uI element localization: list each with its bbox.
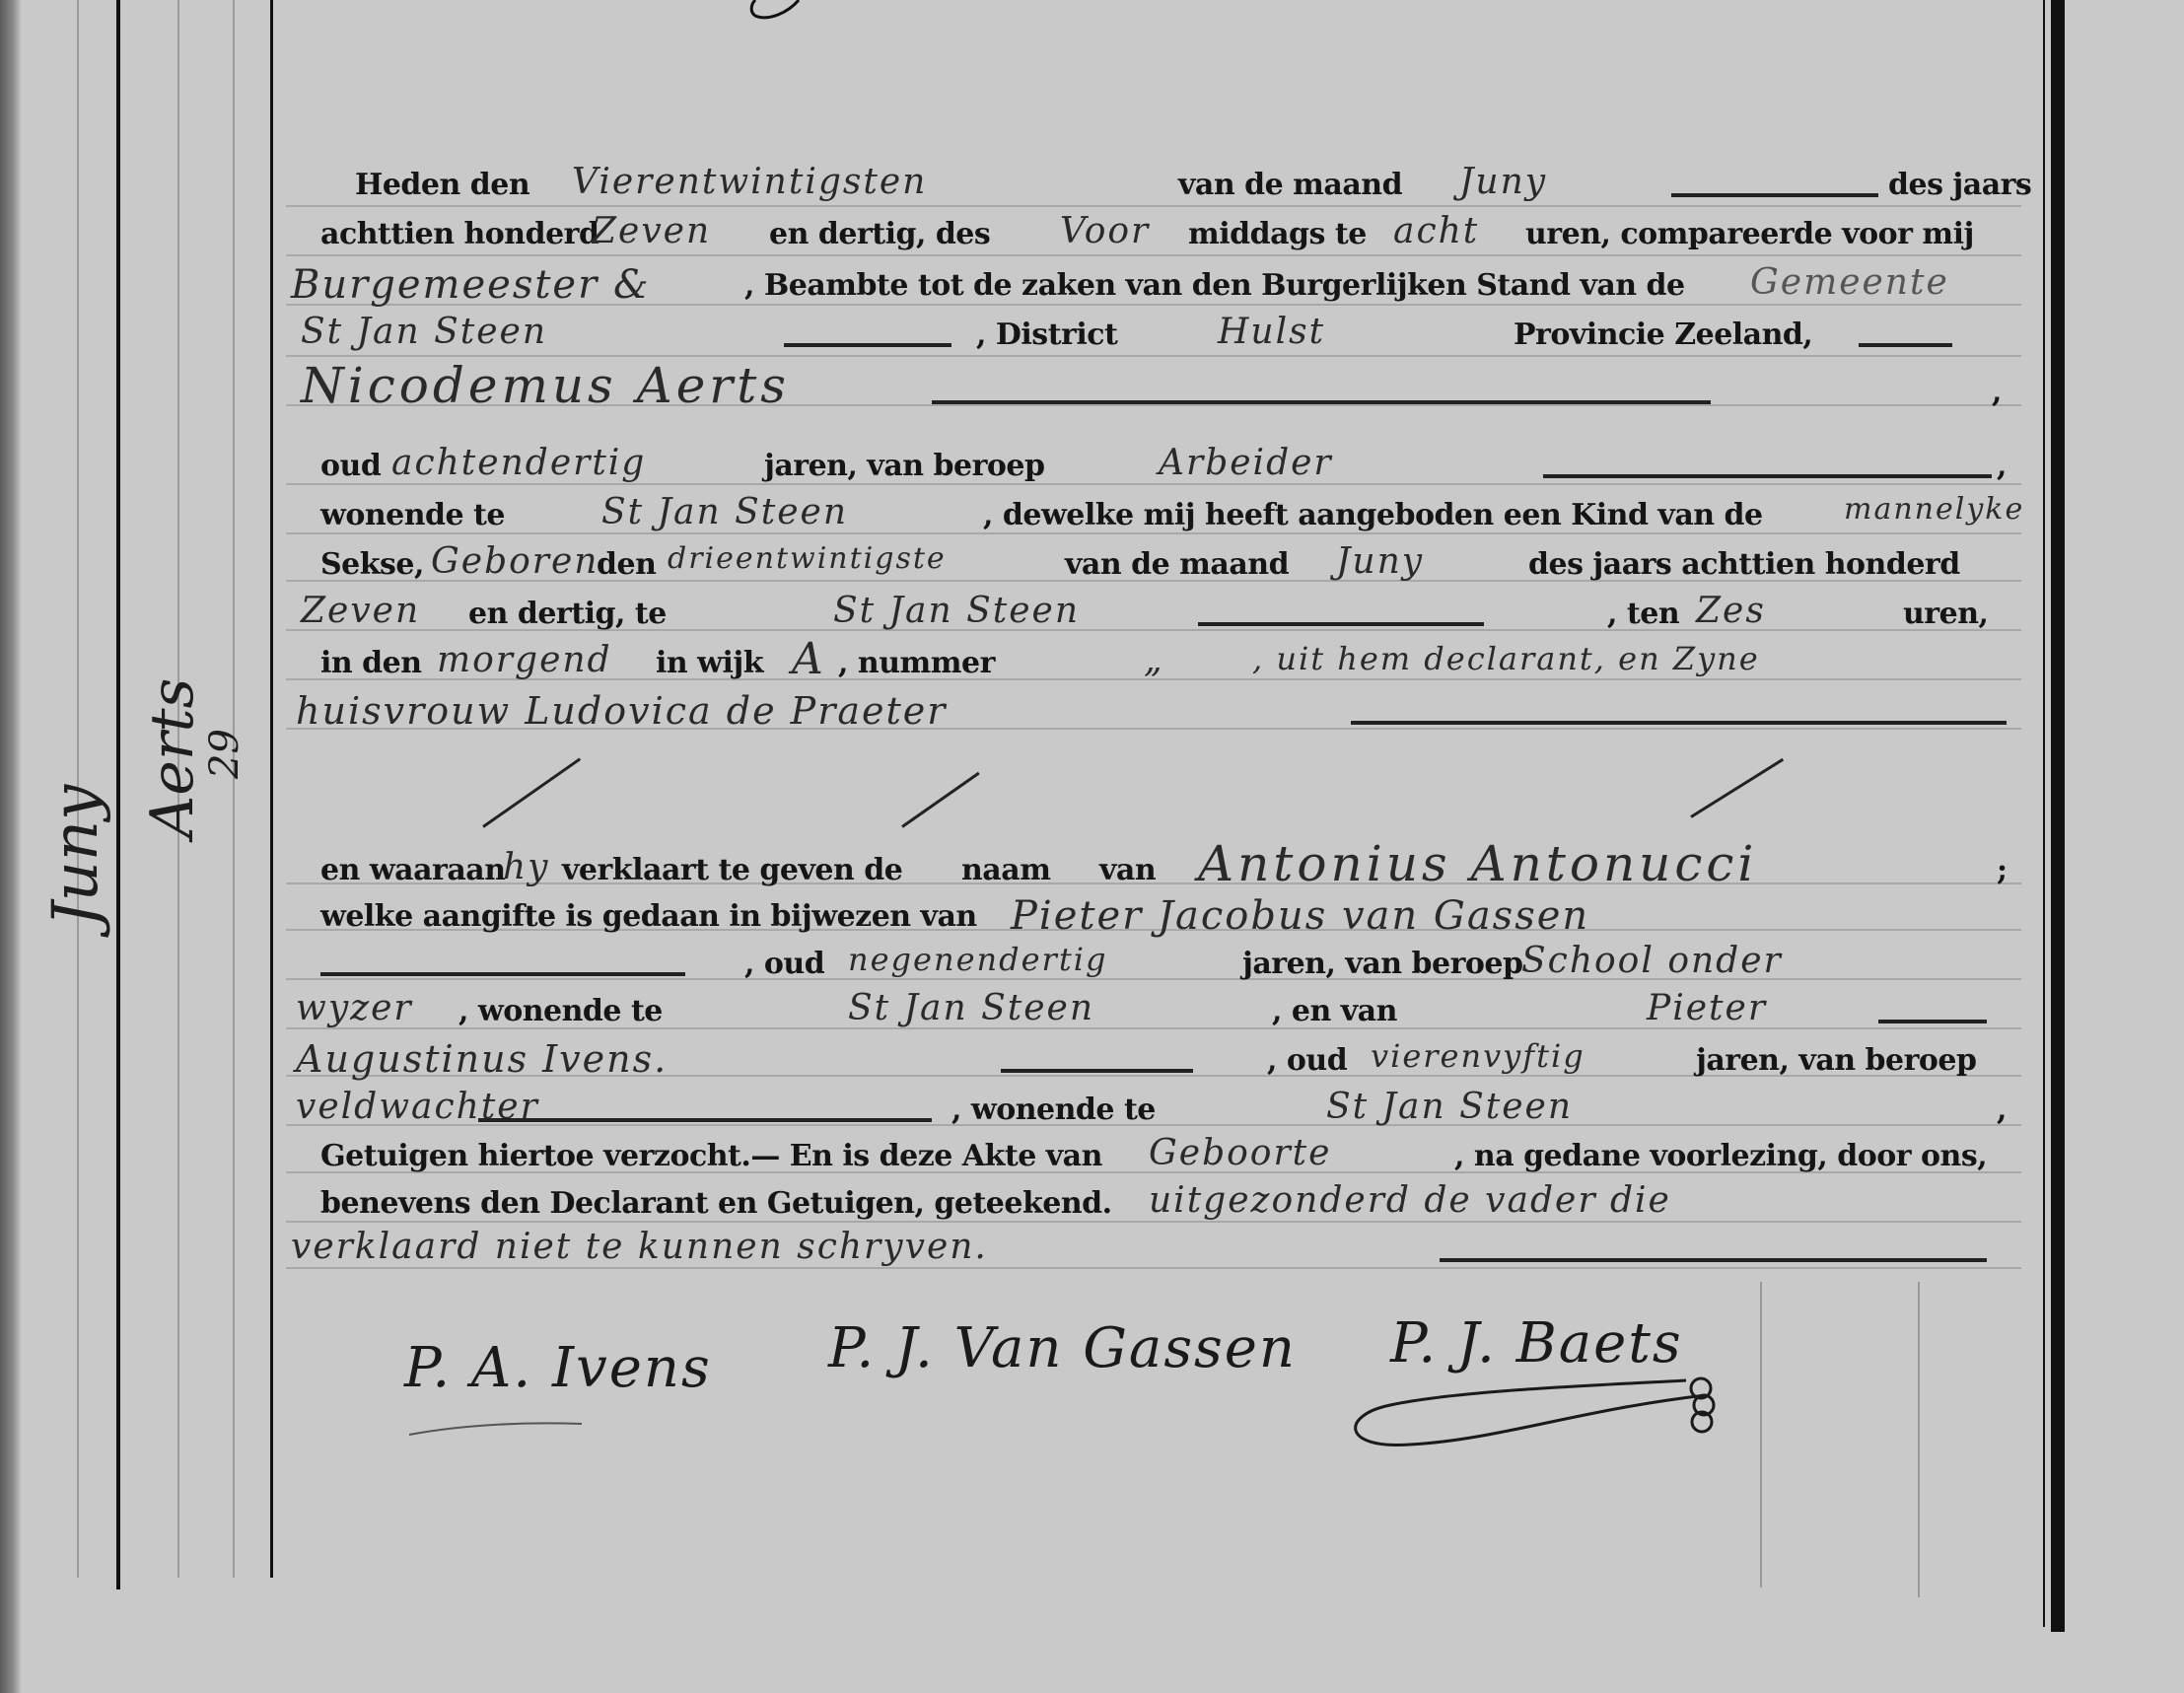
right-border-thin xyxy=(2043,0,2045,1627)
handwritten-title: Burgemeester & xyxy=(291,262,651,308)
fill-dash xyxy=(1878,1020,1987,1023)
printed: , ten xyxy=(1607,597,1679,631)
printed: jaren, van beroep xyxy=(764,449,1044,483)
line-20: verklaard niet te kunnen schryven. xyxy=(320,1223,2011,1274)
printed: , wonende te xyxy=(458,994,663,1028)
handwritten-witness-2-cont: Augustinus Ivens. xyxy=(296,1037,668,1081)
printed: ; xyxy=(1997,853,2008,887)
printed: naam xyxy=(961,853,1050,887)
handwritten: , uit hem declarant, en Zyne xyxy=(1252,640,1760,677)
line-9: Zeven en dertig, te St Jan Steen , ten Z… xyxy=(320,587,2011,638)
handwritten-occupation: Arbeider xyxy=(1159,443,1333,483)
printed: middags te xyxy=(1188,217,1367,251)
printed: achttien honderd xyxy=(320,217,599,251)
line-16: Augustinus Ivens. , oud vierenvyftig jar… xyxy=(320,1033,2011,1085)
printed: wonende te xyxy=(320,498,505,532)
handwritten-age: negenendertig xyxy=(848,941,1107,978)
margin-line-left xyxy=(116,0,120,1589)
fill-dash xyxy=(478,1118,932,1122)
handwritten-number: „ xyxy=(1144,640,1164,680)
line-18: Getuigen hiertoe verzocht.— En is deze A… xyxy=(320,1129,2011,1180)
line-15: wyzer , wonende te St Jan Steen , en van… xyxy=(320,984,2011,1035)
printed: , xyxy=(1997,1093,2007,1127)
printed: en dertig, te xyxy=(468,597,667,631)
fill-dash xyxy=(320,972,685,976)
printed: , District xyxy=(976,317,1117,352)
handwritten-place: St Jan Steen xyxy=(301,312,547,352)
printed: des jaars xyxy=(1888,168,2031,202)
handwritten-birth-day: drieentwintigste xyxy=(668,541,947,576)
printed: welke aangifte is gedaan in bijwezen van xyxy=(320,899,977,934)
printed: Provincie Zeeland, xyxy=(1514,317,1812,352)
blank-strike xyxy=(482,757,581,827)
handwritten-day: Vierentwintigsten xyxy=(572,162,927,202)
handwritten-year: Zeven xyxy=(301,591,420,631)
right-border-thick xyxy=(2051,0,2065,1632)
line-2: achttien honderd Zeven en dertig, des Vo… xyxy=(320,207,2011,258)
handwritten: wyzer xyxy=(296,988,413,1028)
fill-dash xyxy=(1001,1069,1193,1073)
handwritten-residence: St Jan Steen xyxy=(848,988,1094,1028)
handwritten: Geboren xyxy=(431,541,599,582)
line-6: oud achtendertig jaren, van beroep Arbei… xyxy=(320,439,2011,490)
fill-dash xyxy=(1198,622,1484,626)
printed: in wijk xyxy=(656,646,763,680)
margin-number: 29 xyxy=(202,729,247,779)
signature-witness-1: P. J. Van Gassen xyxy=(828,1316,1297,1380)
printed: Heden den xyxy=(355,168,529,202)
handwritten-occupation: School onder xyxy=(1521,941,1783,981)
line-10: in den morgend in wijk A , nummer „ , ui… xyxy=(320,636,2011,687)
printed: , oud xyxy=(744,947,824,981)
handwritten-ward: A xyxy=(792,634,825,684)
fill-dash xyxy=(784,343,951,347)
line-4: St Jan Steen , District Hulst Provincie … xyxy=(320,308,2011,359)
handwritten-age: vierenvyftig xyxy=(1371,1037,1585,1075)
faint-rule-right-2 xyxy=(1918,1282,1920,1597)
margin-surname: Aerts xyxy=(138,678,207,838)
blank-strike xyxy=(1690,758,1784,818)
page-edge-shadow xyxy=(0,0,22,1693)
fill-dash xyxy=(1859,343,1952,347)
printed: des jaars achttien honderd xyxy=(1528,547,1960,582)
line-14: , oud negenendertig jaren, van beroep Sc… xyxy=(320,937,2011,988)
handwritten-birth-month: Juny xyxy=(1336,541,1424,582)
line-3: Burgemeester & , Beambte tot de zaken va… xyxy=(320,258,2011,310)
handwritten: Gemeente xyxy=(1750,262,1949,303)
printed: jaren, van beroep xyxy=(1696,1043,1976,1078)
printed: Getuigen hiertoe verzocht.— En is deze A… xyxy=(320,1139,1102,1173)
fill-dash xyxy=(1351,721,2007,725)
handwritten-witness-1: Pieter Jacobus van Gassen xyxy=(1011,893,1589,939)
printed: jaren, van beroep xyxy=(1242,947,1522,981)
handwritten-year: Zeven xyxy=(592,211,711,251)
handwritten-note: uitgezonderd de vader die xyxy=(1149,1180,1671,1221)
signature-witness-2: P. A. Ivens xyxy=(404,1336,712,1400)
line-13: welke aangifte is gedaan in bijwezen van… xyxy=(320,889,2011,941)
handwritten-declarant-name: Nicodemus Aerts xyxy=(301,357,790,414)
printed: benevens den Declarant en Getuigen, gete… xyxy=(320,1186,1112,1221)
printed: , dewelke mij heeft aangeboden een Kind … xyxy=(983,498,1763,532)
handwritten: morgend xyxy=(437,640,612,680)
printed: , en van xyxy=(1272,994,1397,1028)
printed: , wonende te xyxy=(951,1093,1156,1127)
printed: verklaart te geven de xyxy=(562,853,902,887)
printed: , nummer xyxy=(838,646,995,680)
fill-dash xyxy=(1543,474,1992,478)
handwritten-district: Hulst xyxy=(1218,312,1325,352)
printed: Sekse, xyxy=(320,547,424,582)
printed: in den xyxy=(320,646,422,680)
handwritten-sex: mannelyke xyxy=(1844,492,2024,527)
printed: uren, xyxy=(1903,597,1988,631)
handwritten-act-type: Geboorte xyxy=(1149,1133,1331,1173)
printed: , oud xyxy=(1267,1043,1347,1078)
handwritten-birth-hour: Zes xyxy=(1696,591,1766,631)
faint-margin-rule-3 xyxy=(233,0,235,1578)
handwritten-child-name: Antonius Antonucci xyxy=(1198,835,1757,892)
printed: , Beambte tot de zaken van den Burgerlij… xyxy=(744,268,1685,303)
printed: en waaraan xyxy=(320,853,506,887)
handwritten-hour: acht xyxy=(1393,211,1479,251)
line-11: huisvrouw Ludovica de Praeter xyxy=(320,685,2011,737)
handwritten-birth-place: St Jan Steen xyxy=(833,591,1080,631)
handwritten-month: Juny xyxy=(1459,162,1547,202)
blank-strike xyxy=(901,772,980,828)
top-flourish xyxy=(749,0,809,30)
handwritten-residence: St Jan Steen xyxy=(1326,1087,1573,1127)
printed: , xyxy=(1992,375,2002,409)
faint-rule-right-1 xyxy=(1760,1282,1762,1587)
fill-dash xyxy=(1440,1258,1987,1262)
signature-underline xyxy=(404,1410,601,1459)
line-19: benevens den Declarant en Getuigen, gete… xyxy=(320,1176,2011,1228)
handwritten-residence: St Jan Steen xyxy=(601,492,848,532)
fill-dash xyxy=(932,400,1711,404)
line-1: Heden den Vierentwintigsten van de maand… xyxy=(320,158,2011,209)
printed: uren, compareerde voor mij xyxy=(1525,217,1974,251)
handwritten-note: verklaard niet te kunnen schryven. xyxy=(291,1227,988,1267)
fill-dash xyxy=(1671,193,1878,197)
printed: , xyxy=(1997,449,2007,483)
printed: oud xyxy=(320,449,381,483)
line-12: en waaraan hy verklaart te geven de naam… xyxy=(320,843,2011,894)
printed: van de maand xyxy=(1178,168,1402,202)
line-7: wonende te St Jan Steen , dewelke mij he… xyxy=(320,488,2011,539)
line-8: Sekse, Geboren den drieentwintigste van … xyxy=(320,537,2011,589)
margin-line-inner xyxy=(270,0,273,1578)
signature-underline-flourish xyxy=(1302,1351,1735,1459)
margin-month: Juny xyxy=(39,785,112,927)
printed: van xyxy=(1099,853,1156,887)
handwritten-age: achtendertig xyxy=(391,443,646,483)
handwritten-witness-2: Pieter xyxy=(1647,988,1767,1028)
line-17: veldwachter , wonende te St Jan Steen , xyxy=(320,1083,2011,1134)
printed: van de maand xyxy=(1065,547,1289,582)
handwritten: hy xyxy=(503,847,550,887)
line-5: Nicodemus Aerts , xyxy=(320,365,2011,416)
printed: den xyxy=(597,547,656,582)
printed: en dertig, des xyxy=(769,217,990,251)
printed: , na gedane voorlezing, door ons, xyxy=(1454,1139,1987,1173)
handwritten: Voor xyxy=(1060,211,1150,251)
handwritten-mother: huisvrouw Ludovica de Praeter xyxy=(296,689,947,733)
